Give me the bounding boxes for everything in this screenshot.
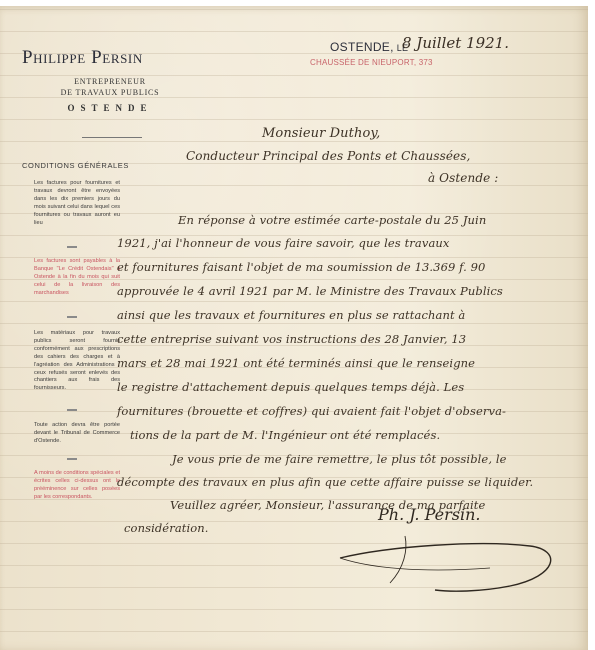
condition-text: A moins de conditions spéciales et écrit… <box>34 470 120 500</box>
handwritten-date: 8 Juillet 1921. <box>402 34 509 52</box>
firm-profession: ENTREPRENEUR <box>22 77 198 86</box>
firm-profession-detail: DE TRAVAUX PUBLICS <box>22 88 198 97</box>
condition-item: A moins de conditions spéciales et écrit… <box>22 470 120 502</box>
condition-separator <box>67 316 77 318</box>
condition-text: Les matériaux pour travaux publics seron… <box>34 330 120 391</box>
letter-line: En réponse à votre estimée carte-postale… <box>178 213 486 227</box>
condition-item: Les factures sont payables à la Banque "… <box>22 258 120 298</box>
place-line: OSTENDE,LE <box>330 40 408 54</box>
letter-line: approuvée le 4 avril 1921 par M. le Mini… <box>117 284 503 298</box>
letter-line: mars et 28 mai 1921 ont été terminés ain… <box>117 356 475 370</box>
letter-line: fournitures (brouette et coffres) qui av… <box>117 404 506 418</box>
conditions-title: CONDITIONS GÉNÉRALES <box>22 161 129 170</box>
condition-separator <box>67 458 77 460</box>
letter-line: le registre d'attachement depuis quelque… <box>117 380 464 394</box>
signature: Ph. J. Persin. <box>378 505 480 524</box>
letter-line: cette entreprise suivant vos instruction… <box>117 332 466 346</box>
letter-line: considération. <box>124 521 209 535</box>
condition-item: Les matériaux pour travaux publics seron… <box>22 330 120 393</box>
firm-name: Philippe Persin <box>22 47 143 69</box>
recipient-city: à Ostende : <box>428 171 498 185</box>
salutation: Monsieur Duthoy, <box>262 126 380 141</box>
condition-item: Toute action devra être portée devant le… <box>22 422 120 446</box>
place-name: OSTENDE, <box>330 40 394 54</box>
condition-text: Les factures pour fournitures et travaux… <box>34 180 120 226</box>
firm-city: OSTENDE <box>22 103 198 113</box>
letter-line: décompte des travaux en plus afin que ce… <box>117 475 533 489</box>
signature-flourish-icon <box>330 528 560 598</box>
condition-item: Les factures pour fournitures et travaux… <box>22 180 120 227</box>
condition-separator <box>67 409 77 411</box>
letter-line: Je vous prie de me faire remettre, le pl… <box>172 452 507 466</box>
condition-text: Les factures sont payables à la Banque "… <box>34 258 120 296</box>
condition-separator <box>67 246 77 248</box>
letter-line: 1921, j'ai l'honneur de vous faire savoi… <box>117 236 450 250</box>
divider-rule <box>82 137 142 138</box>
letter-line: ainsi que les travaux et fournitures en … <box>117 308 465 322</box>
letter-line: tions de la part de M. l'Ingénieur ont é… <box>130 428 440 442</box>
letter-line: et fournitures faisant l'objet de ma sou… <box>117 260 485 274</box>
recipient-title: Conducteur Principal des Ponts et Chauss… <box>186 149 470 163</box>
condition-text: Toute action devra être portée devant le… <box>34 422 120 444</box>
street-address: CHAUSSÉE DE NIEUPORT, 373 <box>310 58 433 67</box>
